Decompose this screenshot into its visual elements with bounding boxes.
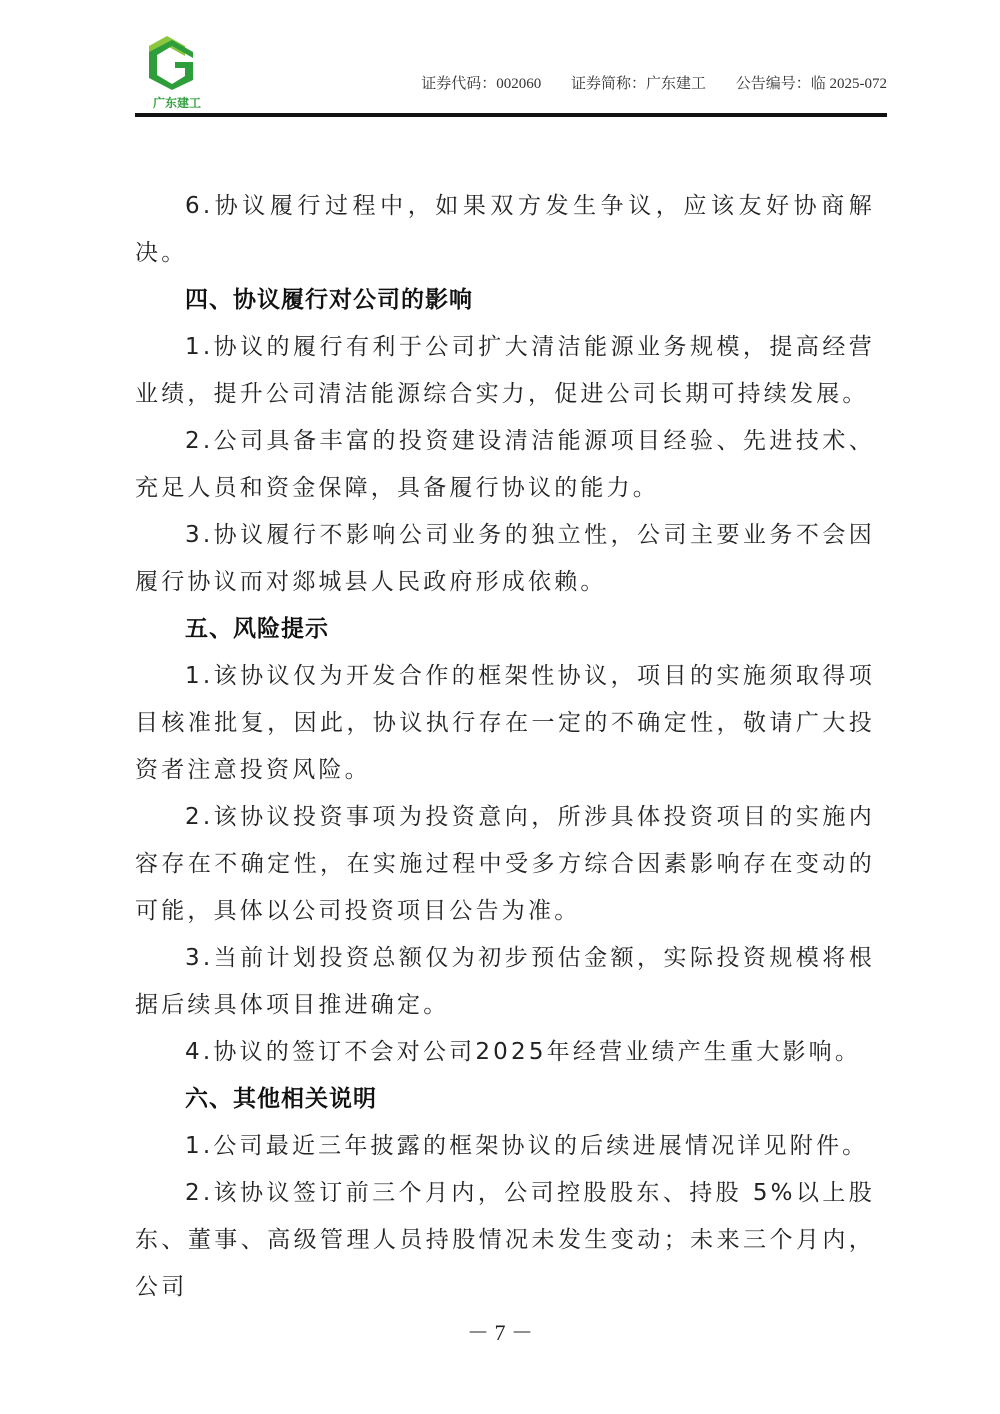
paragraph: 3.当前计划投资总额仅为初步预估金额，实际投资规模将根据后续具体项目推进确定。 [135, 935, 875, 1029]
paragraph: 2.该协议签订前三个月内，公司控股股东、持股 5%以上股东、董事、高级管理人员持… [135, 1170, 875, 1311]
security-abbr: 证券简称：广东建工 [571, 76, 706, 92]
paragraph: 2.该协议投资事项为投资意向，所涉具体投资项目的实施内容存在不确定性，在实施过程… [135, 794, 875, 935]
paragraph: 6.协议履行过程中，如果双方发生争议，应该友好协商解决。 [135, 183, 875, 277]
section-heading: 四、协议履行对公司的影响 [135, 277, 875, 324]
paragraph: 2.公司具备丰富的投资建设清洁能源项目经验、先进技术、充足人员和资金保障，具备履… [135, 418, 875, 512]
logo-g-icon [145, 34, 197, 90]
security-code: 证券代码：002060 [421, 76, 541, 92]
paragraph: 4.协议的签订不会对公司2025年经营业绩产生重大影响。 [135, 1029, 875, 1076]
paragraph: 1.公司最近三年披露的框架协议的后续进展情况详见附件。 [135, 1123, 875, 1170]
paragraph: 1.该协议仅为开发合作的框架性协议，项目的实施须取得项目核准批复，因此，协议执行… [135, 653, 875, 794]
header-divider [135, 113, 887, 117]
company-logo: 广东建工 [145, 34, 205, 112]
page-number: － 7 － [0, 1316, 1000, 1347]
section-heading: 五、风险提示 [135, 606, 875, 653]
document-header: 广东建工 证券代码：002060 证券简称：广东建工 公告编号：临 2025-0… [135, 30, 887, 120]
paragraph: 3.协议履行不影响公司业务的独立性，公司主要业务不会因履行协议而对郯城县人民政府… [135, 512, 875, 606]
document-body: 6.协议履行过程中，如果双方发生争议，应该友好协商解决。 四、协议履行对公司的影… [135, 183, 875, 1311]
section-heading: 六、其他相关说明 [135, 1076, 875, 1123]
announcement-meta: 证券代码：002060 证券简称：广东建工 公告编号：临 2025-072 [395, 72, 887, 93]
logo-text: 广东建工 [153, 94, 201, 111]
paragraph: 1.协议的履行有利于公司扩大清洁能源业务规模，提高经营业绩，提升公司清洁能源综合… [135, 324, 875, 418]
announcement-number: 公告编号：临 2025-072 [736, 76, 887, 92]
